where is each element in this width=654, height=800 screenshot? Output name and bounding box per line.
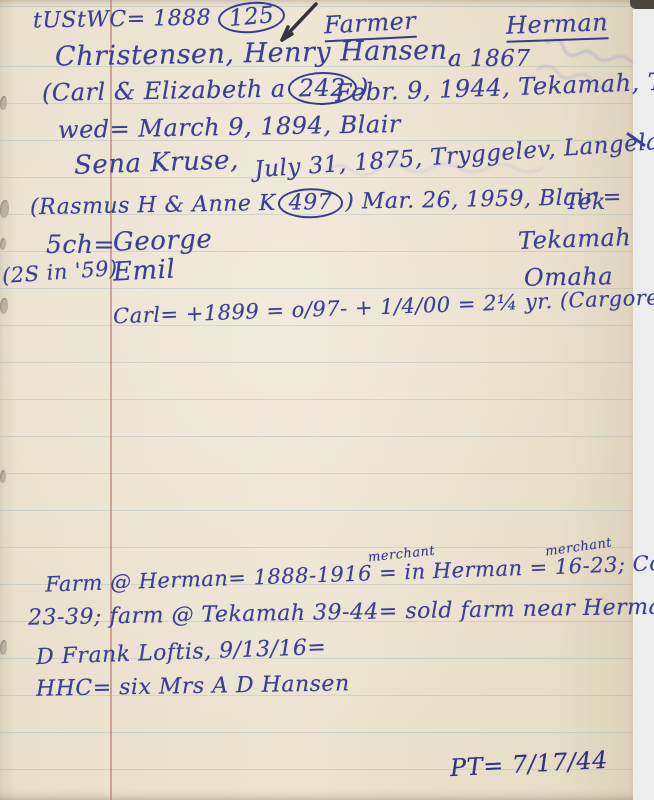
scanner-background: [633, 0, 654, 800]
spouse-death-place: Tek: [565, 190, 606, 215]
subject-marriage: wed= March 9, 1894, Blair: [58, 110, 401, 144]
spouse-ref-circle: 497: [278, 188, 344, 219]
spouse-name: Sena Kruse,: [74, 145, 240, 181]
page-corner-shadow: [630, 0, 654, 9]
residence-label: Herman: [506, 8, 609, 40]
child-name: Emil: [112, 254, 176, 287]
subject-parents: (Carl & Elizabeth a242): [42, 71, 369, 110]
children-count: 5ch=: [46, 230, 115, 259]
child-place: Tekamah: [518, 223, 632, 255]
subject-birth-year: a 1867: [448, 46, 531, 72]
code-line: tUStWC= 1888: [33, 5, 212, 33]
child-name: George: [113, 224, 213, 257]
